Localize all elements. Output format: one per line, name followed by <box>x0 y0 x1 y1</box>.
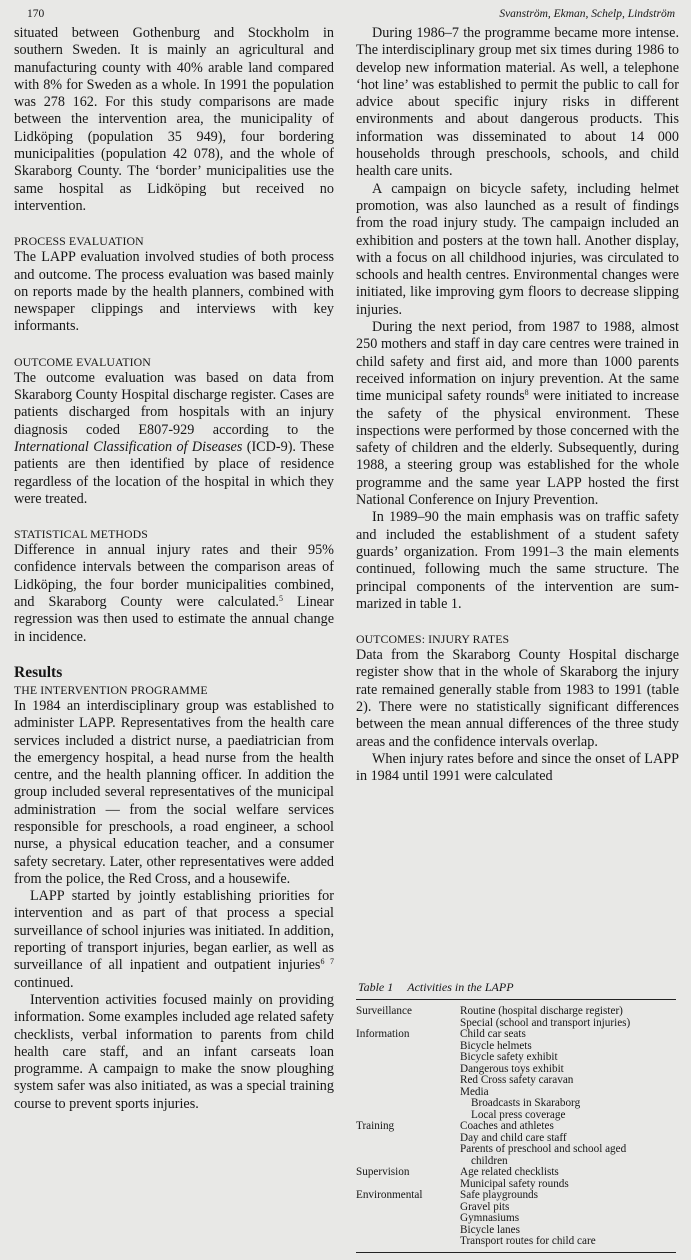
table-row: Bicycle safety exhibit <box>356 1052 686 1064</box>
table-cell-activity: Coaches and athletes <box>460 1121 686 1133</box>
page-number: 170 <box>27 8 44 20</box>
table-cell-category <box>356 1041 460 1053</box>
table-cell-activity: Gymnasiums <box>460 1213 686 1225</box>
process-evaluation-text: The LAPP evaluation involved studies of … <box>14 249 334 335</box>
intervention-para-2: LAPP started by jointly establishing pri… <box>14 888 334 992</box>
table-row: Gymnasiums <box>356 1213 686 1225</box>
table-label: Table 1 <box>358 980 393 994</box>
intro-paragraph: situated between Gothenburg and Stockhol… <box>14 25 334 215</box>
outcome-evaluation-text: The outcome evaluation was based on data… <box>14 370 334 508</box>
right-para-3: During the next period, from 1987 to 198… <box>356 319 679 509</box>
icd-title: International Classification of Diseases <box>14 439 242 455</box>
table-cell-category: Supervision <box>356 1167 460 1179</box>
table-cell-activity: Broadcasts in Skaraborg <box>460 1098 686 1110</box>
process-evaluation-heading: PROCESS EVALUATION <box>14 233 334 249</box>
table-cell-category <box>356 1075 460 1087</box>
table-row: InformationChild car seats <box>356 1029 686 1041</box>
table-cell-category <box>356 1236 460 1248</box>
running-head-authors: Svanström, Ekman, Schelp, Lindström <box>499 8 675 20</box>
table-cell-activity: Age related checklists <box>460 1167 686 1179</box>
table-cell-category <box>356 1064 460 1076</box>
table-cell-category: Training <box>356 1121 460 1133</box>
right-column: During 1986–7 the programme became more … <box>356 25 679 785</box>
outcome-evaluation-heading: OUTCOME EVALUATION <box>14 354 334 370</box>
table-row: SupervisionAge related checklists <box>356 1167 686 1179</box>
table-1: Table 1Activities in the LAPP Surveillan… <box>356 980 686 1253</box>
table-title: Activities in the LAPP <box>407 980 513 994</box>
table-row: EnvironmentalSafe playgrounds <box>356 1190 686 1202</box>
statistical-methods-heading: STATISTICAL METHODS <box>14 526 334 542</box>
table-caption: Table 1Activities in the LAPP <box>356 980 686 995</box>
table-row: Broadcasts in Skaraborg <box>356 1098 686 1110</box>
table-cell-category: Surveillance <box>356 1006 460 1018</box>
table-cell-activity: Parents of preschool and school aged <box>460 1144 686 1156</box>
intervention-para-3: Intervention activities focused mainly o… <box>14 992 334 1113</box>
right-para-1: During 1986–7 the programme became more … <box>356 25 679 181</box>
table-row: Parents of preschool and school aged <box>356 1144 686 1156</box>
outcomes-para-2: When injury rates before and since the o… <box>356 751 679 786</box>
statistical-methods-text: Difference in annual injury rates and th… <box>14 542 334 646</box>
table-cell-category <box>356 1098 460 1110</box>
table-cell-category: Information <box>356 1029 460 1041</box>
table-row: TrainingCoaches and athletes <box>356 1121 686 1133</box>
table-cell-category <box>356 1144 460 1156</box>
table-cell-category <box>356 1213 460 1225</box>
table-body: SurveillanceRoutine (hospital discharge … <box>356 1006 686 1248</box>
intervention-para-1: In 1984 an interdisciplinary group was e… <box>14 698 334 888</box>
table-cell-activity: Red Cross safety caravan <box>460 1075 686 1087</box>
table-row: SurveillanceRoutine (hospital discharge … <box>356 1006 686 1018</box>
table-cell-category <box>356 1087 460 1099</box>
table-cell-category <box>356 1225 460 1237</box>
reference-marker: 6 7 <box>320 957 334 966</box>
table-cell-activity: Routine (hospital discharge register) <box>460 1006 686 1018</box>
table-cell-activity: Bicycle safety exhibit <box>460 1052 686 1064</box>
table-cell-category <box>356 1052 460 1064</box>
results-heading: Results <box>14 664 334 682</box>
table-cell-activity: Safe playgrounds <box>460 1190 686 1202</box>
table-cell-category <box>356 1202 460 1214</box>
table-top-rule <box>356 999 676 1000</box>
outcomes-para-1: Data from the Skaraborg County Hospital … <box>356 647 679 751</box>
table-cell-activity: Transport routes for child care <box>460 1236 686 1248</box>
left-column: situated between Gothenburg and Stockhol… <box>14 25 334 1113</box>
table-row: Transport routes for child care <box>356 1236 686 1248</box>
table-cell-category <box>356 1133 460 1145</box>
intervention-programme-heading: THE INTERVENTION PROGRAMME <box>14 682 334 698</box>
table-row: Red Cross safety caravan <box>356 1075 686 1087</box>
table-bottom-rule <box>356 1252 676 1253</box>
right-para-2: A campaign on bicycle safety, including … <box>356 181 679 319</box>
table-cell-activity: Child car seats <box>460 1029 686 1041</box>
table-row: Gravel pits <box>356 1202 686 1214</box>
outcomes-injury-rates-heading: OUTCOMES: INJURY RATES <box>356 631 679 647</box>
table-cell-category: Environmental <box>356 1190 460 1202</box>
right-para-4: In 1989–90 the main emphasis was on traf… <box>356 509 679 613</box>
